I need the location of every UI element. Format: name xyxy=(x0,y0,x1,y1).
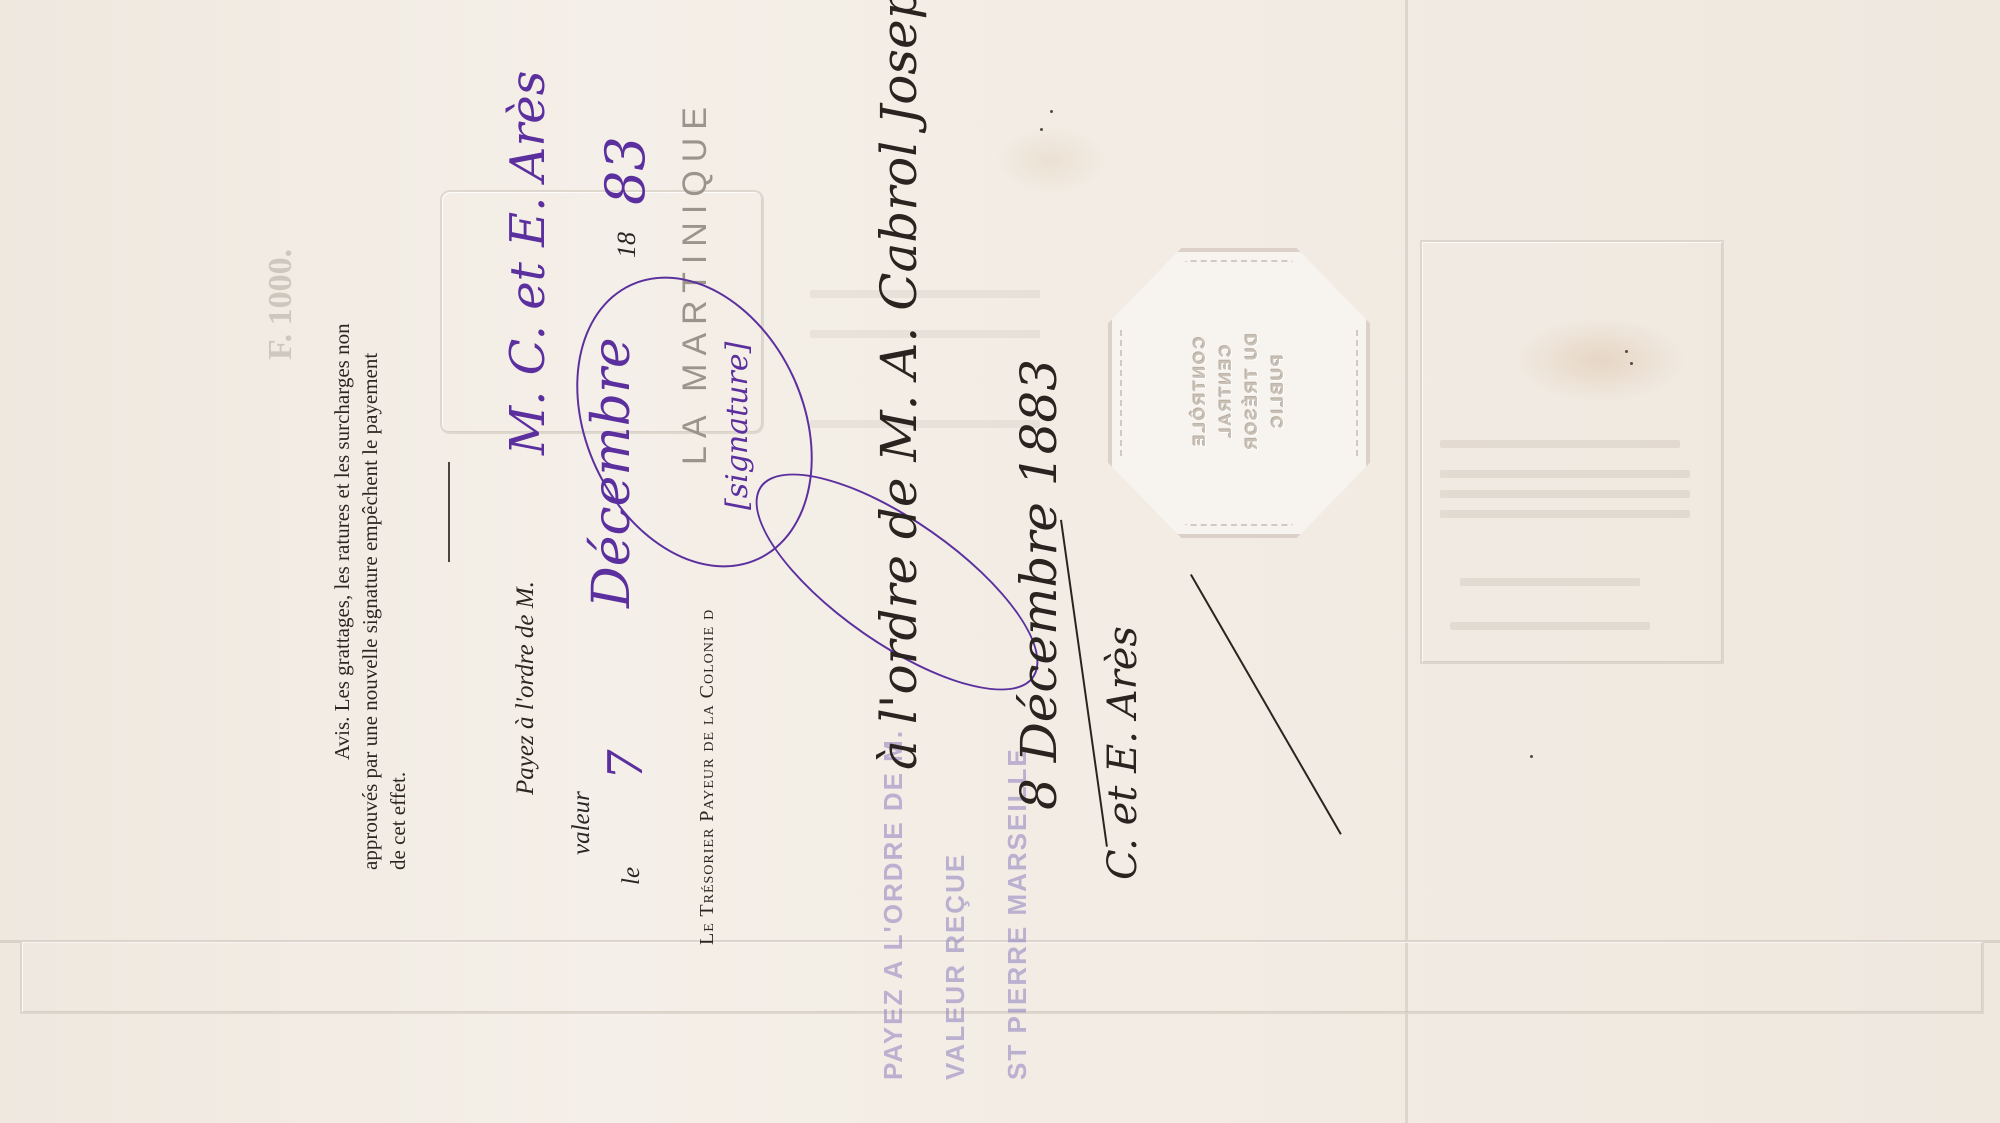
treasurer-label: Le Trésorier Payeur de la Colonie d xyxy=(696,609,719,945)
seal-text: CONTRÔLE CENTRAL DU TRÉSOR PUBLIC xyxy=(1187,334,1291,452)
show-through-text xyxy=(1440,510,1690,518)
date-le-label: le xyxy=(618,867,646,885)
notice-line-2: approuvés par une nouvelle signature emp… xyxy=(356,353,384,870)
show-through-text xyxy=(1460,578,1640,586)
date-year-prefix: 18 xyxy=(612,232,642,258)
show-through-text xyxy=(1440,490,1690,498)
valeur-label: valeur xyxy=(568,791,596,855)
notice-line-1: Avis. Les grattages, les ratures et les … xyxy=(328,323,356,760)
stamp-line-2: VALEUR REÇUE xyxy=(924,729,986,1080)
paper-speck xyxy=(1050,110,1053,113)
show-through-text xyxy=(1450,622,1650,630)
paper-speck xyxy=(1040,128,1043,131)
treasurer-signature: [signature] xyxy=(720,342,755,510)
second-endorsement-date: 8 Décembre 1883 xyxy=(1010,359,1068,810)
notice-line-3: de cet effet. xyxy=(384,772,412,870)
embossed-treasury-seal: CONTRÔLE CENTRAL DU TRÉSOR PUBLIC xyxy=(1108,248,1370,538)
paper-speck xyxy=(1530,755,1533,758)
divider-rule xyxy=(448,462,450,562)
date-day-handwritten: 7 xyxy=(598,749,654,780)
stamp-line-1: PAYEZ A L'ORDRE DE M. xyxy=(862,729,924,1080)
show-through-amount: F. 1000. xyxy=(262,249,300,360)
emboss-text-block xyxy=(1420,240,1724,664)
paper-speck xyxy=(1625,350,1628,353)
pay-to-label: Payez à l'ordre de M. xyxy=(512,581,540,795)
pay-to-handwritten: M. C. et E. Arès xyxy=(500,71,556,455)
date-year-suffix-handwritten: 83 xyxy=(594,136,657,205)
second-endorsement-payee: à l'ordre de M. A. Cabrol Joseph xyxy=(870,0,928,770)
show-through-text xyxy=(1440,440,1680,448)
paper-speck xyxy=(1630,362,1633,365)
show-through-text xyxy=(1440,470,1690,478)
